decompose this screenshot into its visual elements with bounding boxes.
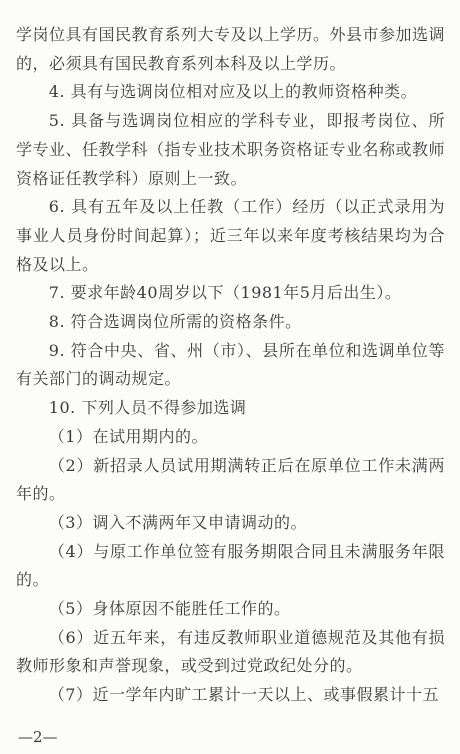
paragraph: 4. 具有与选调岗位相对应及以上的教师资格种类。: [16, 78, 445, 107]
paragraph: （4）与原工作单位签有服务期限合同且未满服务年限的。: [16, 538, 445, 595]
paragraph: 6. 具有五年及以上任教（工作）经历（以正式录用为事业人员身份时间起算）；近三年…: [16, 193, 445, 279]
document-text-block: 学岗位具有国民教育系列大专及以上学历。外县市参加选调的，必须具有国民教育系列本科…: [16, 21, 445, 710]
paragraph: 学岗位具有国民教育系列大专及以上学历。外县市参加选调的，必须具有国民教育系列本科…: [16, 21, 445, 78]
paragraph: （6）近五年来，有违反教师职业道德规范及其他有损教师形象和声誉现象，或受到过党政…: [16, 624, 445, 681]
paragraph: （5）身体原因不能胜任工作的。: [16, 595, 445, 624]
page-number: —2—: [18, 730, 58, 745]
paragraph: （7）近一学年内旷工累计一天以上、或事假累计十五: [16, 681, 445, 710]
paragraph: 9. 符合中央、省、州（市）、县所在单位和选调单位等有关部门的调动规定。: [16, 337, 445, 394]
paragraph: （2）新招录人员试用期满转正后在原单位工作未满两年的。: [16, 452, 445, 509]
paragraph: （3）调入不满两年又申请调动的。: [16, 509, 445, 538]
paragraph: 7. 要求年龄40周岁以下（1981年5月后出生）。: [16, 279, 445, 308]
paragraph: 5. 具备与选调岗位相应的学科专业，即报考岗位、所学专业、任教学科（指专业技术职…: [16, 107, 445, 193]
paragraph: （1）在试用期内的。: [16, 423, 445, 452]
paragraph: 8. 符合选调岗位所需的资格条件。: [16, 308, 445, 337]
document-page: 学岗位具有国民教育系列大专及以上学历。外县市参加选调的，必须具有国民教育系列本科…: [0, 0, 460, 754]
paragraph: 10. 下列人员不得参加选调: [16, 394, 445, 423]
